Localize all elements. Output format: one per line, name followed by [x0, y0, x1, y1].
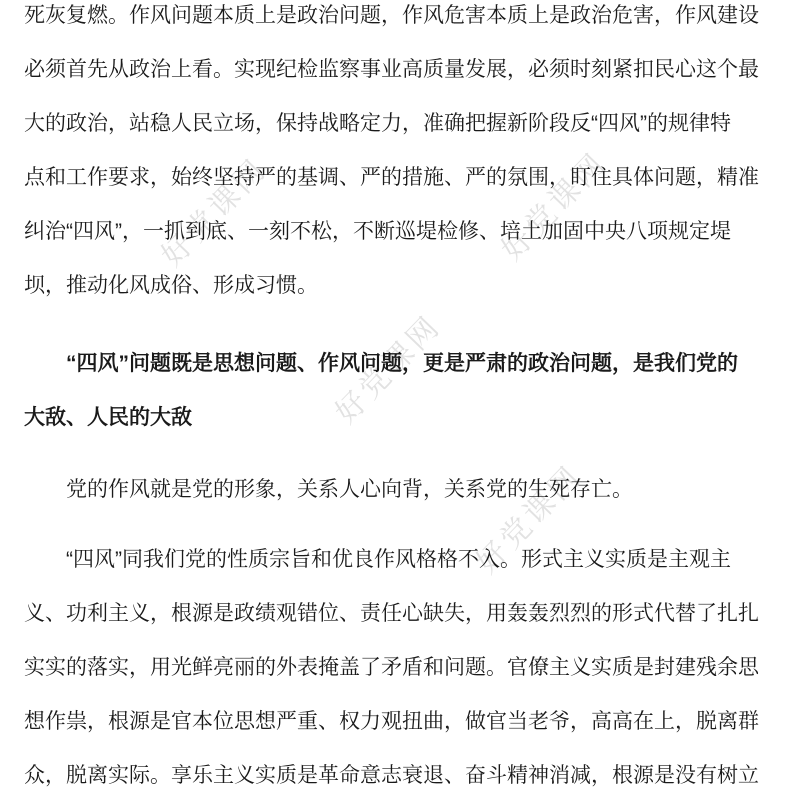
heading-line: “四风”问题既是思想问题、作风问题，更是严肃的政治问题，是我们党的: [24, 335, 756, 389]
body-line: 纠治“四风”，一抓到底、一刻不松，不断巡堤检修、培土加固中央八项规定堤: [24, 203, 756, 257]
body-line: 死灰复燃。作风问题本质上是政治问题，作风危害本质上是政治危害，作风建设: [24, 0, 756, 41]
body-line: 坝，推动化风成俗、形成习惯。: [24, 257, 756, 311]
document-body: 死灰复燃。作风问题本质上是政治问题，作风危害本质上是政治危害，作风建设 必须首先…: [24, 0, 756, 800]
body-line: 党的作风就是党的形象，关系人心向背，关系党的生死存亡。: [24, 461, 756, 515]
paragraph: 党的作风就是党的形象，关系人心向背，关系党的生死存亡。: [24, 461, 756, 515]
body-line: 必须首先从政治上看。实现纪检监察事业高质量发展，必须时刻紧扣民心这个最: [24, 41, 756, 95]
body-line: 想作祟，根源是官本位思想严重、权力观扭曲，做官当老爷，高高在上，脱离群: [24, 693, 756, 747]
body-line: 实实的落实，用光鲜亮丽的外表掩盖了矛盾和问题。官僚主义实质是封建残余思: [24, 639, 756, 693]
document-page: 好党课网 好党课网 好党课网 好党课网 死灰复燃。作风问题本质上是政治问题，作风…: [0, 0, 800, 800]
paragraph: 死灰复燃。作风问题本质上是政治问题，作风危害本质上是政治危害，作风建设 必须首先…: [24, 0, 756, 311]
body-line: “四风”同我们党的性质宗旨和优良作风格格不入。形式主义实质是主观主: [24, 531, 756, 585]
body-line: 点和工作要求，始终坚持严的基调、严的措施、严的氛围，盯住具体问题，精准: [24, 149, 756, 203]
section-heading: “四风”问题既是思想问题、作风问题，更是严肃的政治问题，是我们党的 大敌、人民的…: [24, 335, 756, 443]
body-line: 大的政治，站稳人民立场，保持战略定力，准确把握新阶段反“四风”的规律特: [24, 95, 756, 149]
heading-line: 大敌、人民的大敌: [24, 389, 756, 443]
body-line: 众，脱离实际。享乐主义实质是革命意志衰退、奋斗精神消减，根源是没有树立: [24, 747, 756, 800]
body-line: 义、功利主义，根源是政绩观错位、责任心缺失，用轰轰烈烈的形式代替了扎扎: [24, 585, 756, 639]
paragraph: “四风”同我们党的性质宗旨和优良作风格格不入。形式主义实质是主观主 义、功利主义…: [24, 531, 756, 800]
